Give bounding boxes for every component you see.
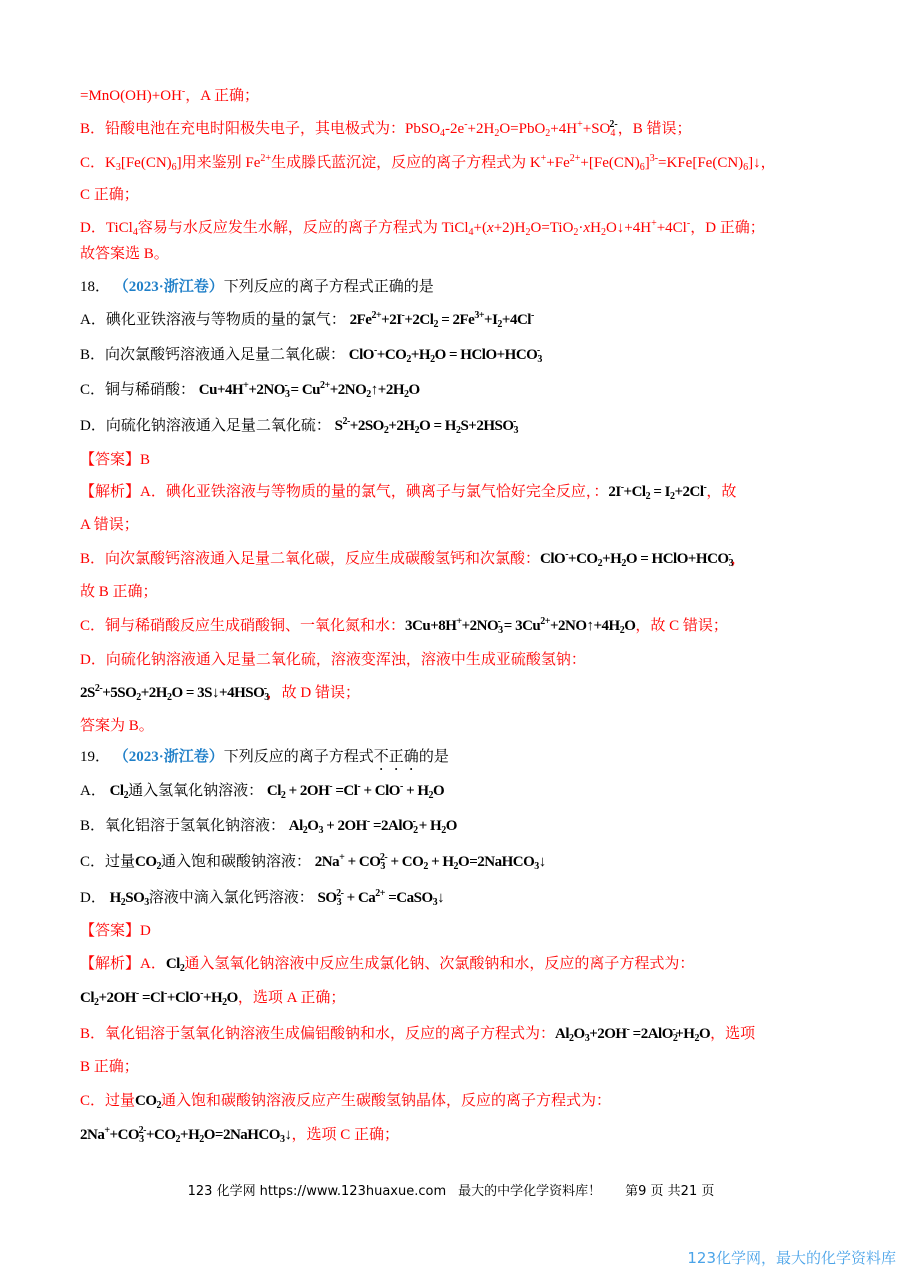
footer-slogan: 最大的中学化学资料库！ (458, 1184, 601, 1199)
q18-option-c: C．铜与稀硝酸： Cu+4H++2NO3- = Cu2++2NO2↑+2H2O (80, 380, 420, 400)
question-18-stem: 18． （2023·浙江卷）下列反应的离子方程式正确的是 (80, 277, 434, 297)
q19-analysis-6: 2Na++CO32-+CO2+H2O=2NaHCO3↓，选项 C 正确； (80, 1125, 399, 1145)
watermark: 123化学网，最大的化学资料库 (687, 1247, 896, 1268)
q18-option-b: B．向次氯酸钙溶液通入足量二氧化碳： ClO-+CO2+H2O = HClO+H… (80, 345, 540, 365)
q19-option-c: C．过量CO2通入饱和碳酸钠溶液： 2Na+ + CO32- + CO2 + H… (80, 852, 546, 872)
page-footer: 123 化学网https://www.123huaxue.com最大的中学化学资… (0, 1180, 902, 1199)
q18-analysis-6: D．向硫化钠溶液通入足量二氧化硫，溶液变浑浊，溶液中生成亚硫酸氢钠： (80, 650, 586, 670)
prev-line-6: 故答案选 B。 (80, 244, 169, 264)
q19-answer: 【答案】D (80, 921, 151, 941)
question-stem: 下列反应的离子方程式正确的是 (224, 279, 434, 295)
q18-analysis-7: 2S2-+5SO2+2H2O = 3S↓+4HSO3-，故 D 错误； (80, 683, 360, 703)
question-source: （2023·浙江卷） (114, 749, 224, 765)
q19-option-a: A． Cl2通入氢氧化钠溶液： Cl2 + 2OH- =Cl- + ClO- +… (80, 781, 444, 801)
q18-analysis-2: A 错误； (80, 515, 139, 535)
q18-answer: 【答案】B (80, 450, 150, 470)
q19-analysis-5: C．过量CO2通入饱和碳酸钠溶液反应产生碳酸氢钠晶体，反应的离子方程式为： (80, 1091, 611, 1111)
prev-line-5: D．TiCl4容易与水反应发生水解，反应的离子方程式为 TiCl4+(x+2)H… (80, 218, 765, 238)
footer-url[interactable]: https://www.123huaxue.com (260, 1184, 447, 1199)
q19-analysis-3: B．氧化铝溶于氢氧化钠溶液生成偏铝酸钠和水，反应的离子方程式为：Al2O3+2O… (80, 1024, 755, 1044)
prev-line-2: B．铅酸电池在充电时阳极失电子，其电极式为：PbSO4-2e-+2H2O=PbO… (80, 119, 691, 139)
question-19-stem: 19． （2023·浙江卷）下列反应的离子方程式不正确的是 (80, 747, 449, 774)
footer-site: 123 化学网 (188, 1184, 256, 1199)
q18-analysis-3: B．向次氯酸钙溶液通入足量二氧化碳，反应生成碳酸氢钙和次氯酸：ClO-+CO2+… (80, 549, 746, 569)
q19-option-b: B．氧化铝溶于氢氧化钠溶液： Al2O3 + 2OH- =2AlO2- + H2… (80, 816, 457, 836)
q18-analysis-5: C．铜与稀硝酸反应生成硝酸铜、一氧化氮和水：3Cu+8H++2NO3- = 3C… (80, 616, 728, 636)
q19-analysis-4: B 正确； (80, 1057, 139, 1077)
q18-analysis-1: 【解析】A．碘化亚铁溶液与等物质的量的氯气，碘离子与氯气恰好完全反应，：2I-+… (80, 482, 736, 502)
prev-line-3: C．K3[Fe(CN)6]用来鉴别 Fe2+生成滕氏蓝沉淀，反应的离子方程式为 … (80, 153, 776, 173)
q19-analysis-2: Cl2+2OH- =Cl-+ClO-+H2O，选项 A 正确； (80, 988, 345, 1008)
page-number: 第9 页 共21 页 (625, 1184, 714, 1199)
q19-analysis-1: 【解析】A．Cl2通入氢氧化钠溶液中反应生成氯化钠、次氯酸钠和水，反应的离子方程… (80, 954, 694, 974)
question-source: （2023·浙江卷） (114, 279, 224, 295)
q18-option-d: D．向硫化钠溶液通入足量二氧化硫： S2-+2SO2+2H2O = H2S+2H… (80, 416, 516, 436)
prev-line-1: =MnO(OH)+OH-，A 正确； (80, 86, 259, 106)
q18-analysis-4: 故 B 正确； (80, 582, 158, 602)
question-number: 18． (80, 279, 110, 295)
question-number: 19． (80, 749, 110, 765)
q19-option-d: D． H2SO3溶液中滴入氯化钙溶液： SO32- + Ca2+ =CaSO3↓ (80, 888, 444, 908)
emphasis-not-correct: 不正确 (374, 749, 419, 765)
document-page: =MnO(OH)+OH-，A 正确； B．铅酸电池在充电时阳极失电子，其电极式为… (0, 0, 902, 1275)
q18-option-a: A．碘化亚铁溶液与等物质的量的氯气： 2Fe2++2I-+2Cl2 = 2Fe3… (80, 310, 534, 330)
prev-line-4: C 正确； (80, 185, 139, 205)
q18-analysis-8: 答案为 B。 (80, 716, 154, 736)
